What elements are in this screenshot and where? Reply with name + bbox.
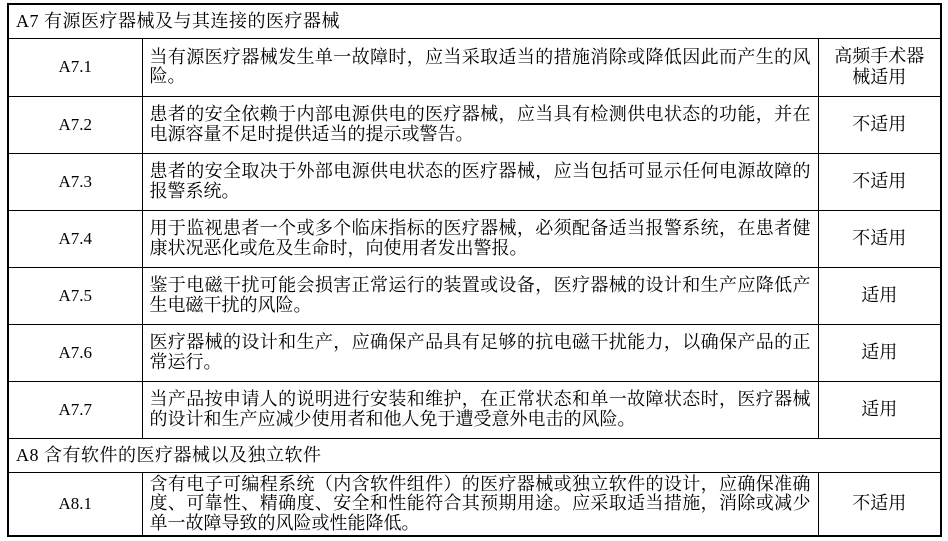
requirement-text: 医疗器械的设计和生产，应确保产品具有足够的抗电磁干扰能力，以确保产品的正常运行。 bbox=[142, 324, 818, 381]
applicability-value: 适用 bbox=[818, 267, 941, 324]
clause-id: A7.7 bbox=[8, 381, 142, 438]
applicability-value: 不适用 bbox=[818, 153, 941, 210]
requirements-applicability-table: A7 有源医疗器械及与其连接的医疗器械 A7.1 当有源医疗器械发生单一故障时，… bbox=[7, 3, 942, 537]
section-header-a7: A7 有源医疗器械及与其连接的医疗器械 bbox=[8, 4, 941, 38]
section-header-row-a7: A7 有源医疗器械及与其连接的医疗器械 bbox=[8, 4, 941, 38]
section-header-row-a8: A8 含有软件的医疗器械以及独立软件 bbox=[8, 438, 941, 472]
table-row: A7.3 患者的安全取决于外部电源供电状态的医疗器械，应当包括可显示任何电源故障… bbox=[8, 153, 941, 210]
applicability-value: 不适用 bbox=[818, 472, 941, 536]
table-row: A7.7 当产品按申请人的说明进行安装和维护，在正常状态和单一故障状态时，医疗器… bbox=[8, 381, 941, 438]
clause-id: A7.1 bbox=[8, 38, 142, 96]
table-row: A7.4 用于监视患者一个或多个临床指标的医疗器械，必须配备适当报警系统，在患者… bbox=[8, 210, 941, 267]
table-row: A8.1 含有电子可编程系统（内含软件组件）的医疗器械或独立软件的设计，应确保准… bbox=[8, 472, 941, 536]
requirement-text: 用于监视患者一个或多个临床指标的医疗器械，必须配备适当报警系统，在患者健康状况恶… bbox=[142, 210, 818, 267]
applicability-value: 高频手术器械适用 bbox=[818, 38, 941, 96]
section-header-a8: A8 含有软件的医疗器械以及独立软件 bbox=[8, 438, 941, 472]
document-page: A7 有源医疗器械及与其连接的医疗器械 A7.1 当有源医疗器械发生单一故障时，… bbox=[0, 0, 948, 541]
requirement-text: 鉴于电磁干扰可能会损害正常运行的装置或设备，医疗器械的设计和生产应降低产生电磁干… bbox=[142, 267, 818, 324]
clause-id: A7.3 bbox=[8, 153, 142, 210]
applicability-value: 适用 bbox=[818, 381, 941, 438]
requirement-text: 当产品按申请人的说明进行安装和维护，在正常状态和单一故障状态时，医疗器械的设计和… bbox=[142, 381, 818, 438]
table-row: A7.6 医疗器械的设计和生产，应确保产品具有足够的抗电磁干扰能力，以确保产品的… bbox=[8, 324, 941, 381]
applicability-value: 适用 bbox=[818, 324, 941, 381]
clause-id: A7.2 bbox=[8, 96, 142, 153]
requirement-text: 含有电子可编程系统（内含软件组件）的医疗器械或独立软件的设计，应确保准确度、可靠… bbox=[142, 472, 818, 536]
table-row: A7.5 鉴于电磁干扰可能会损害正常运行的装置或设备，医疗器械的设计和生产应降低… bbox=[8, 267, 941, 324]
clause-id: A7.4 bbox=[8, 210, 142, 267]
applicability-value: 不适用 bbox=[818, 210, 941, 267]
clause-id: A7.6 bbox=[8, 324, 142, 381]
clause-id: A7.5 bbox=[8, 267, 142, 324]
requirement-text: 当有源医疗器械发生单一故障时，应当采取适当的措施消除或降低因此而产生的风险。 bbox=[142, 38, 818, 96]
requirement-text: 患者的安全取决于外部电源供电状态的医疗器械，应当包括可显示任何电源故障的报警系统… bbox=[142, 153, 818, 210]
applicability-value: 不适用 bbox=[818, 96, 941, 153]
clause-id: A8.1 bbox=[8, 472, 142, 536]
table-row: A7.1 当有源医疗器械发生单一故障时，应当采取适当的措施消除或降低因此而产生的… bbox=[8, 38, 941, 96]
requirement-text: 患者的安全依赖于内部电源供电的医疗器械，应当具有检测供电状态的功能，并在电源容量… bbox=[142, 96, 818, 153]
table-row: A7.2 患者的安全依赖于内部电源供电的医疗器械，应当具有检测供电状态的功能，并… bbox=[8, 96, 941, 153]
